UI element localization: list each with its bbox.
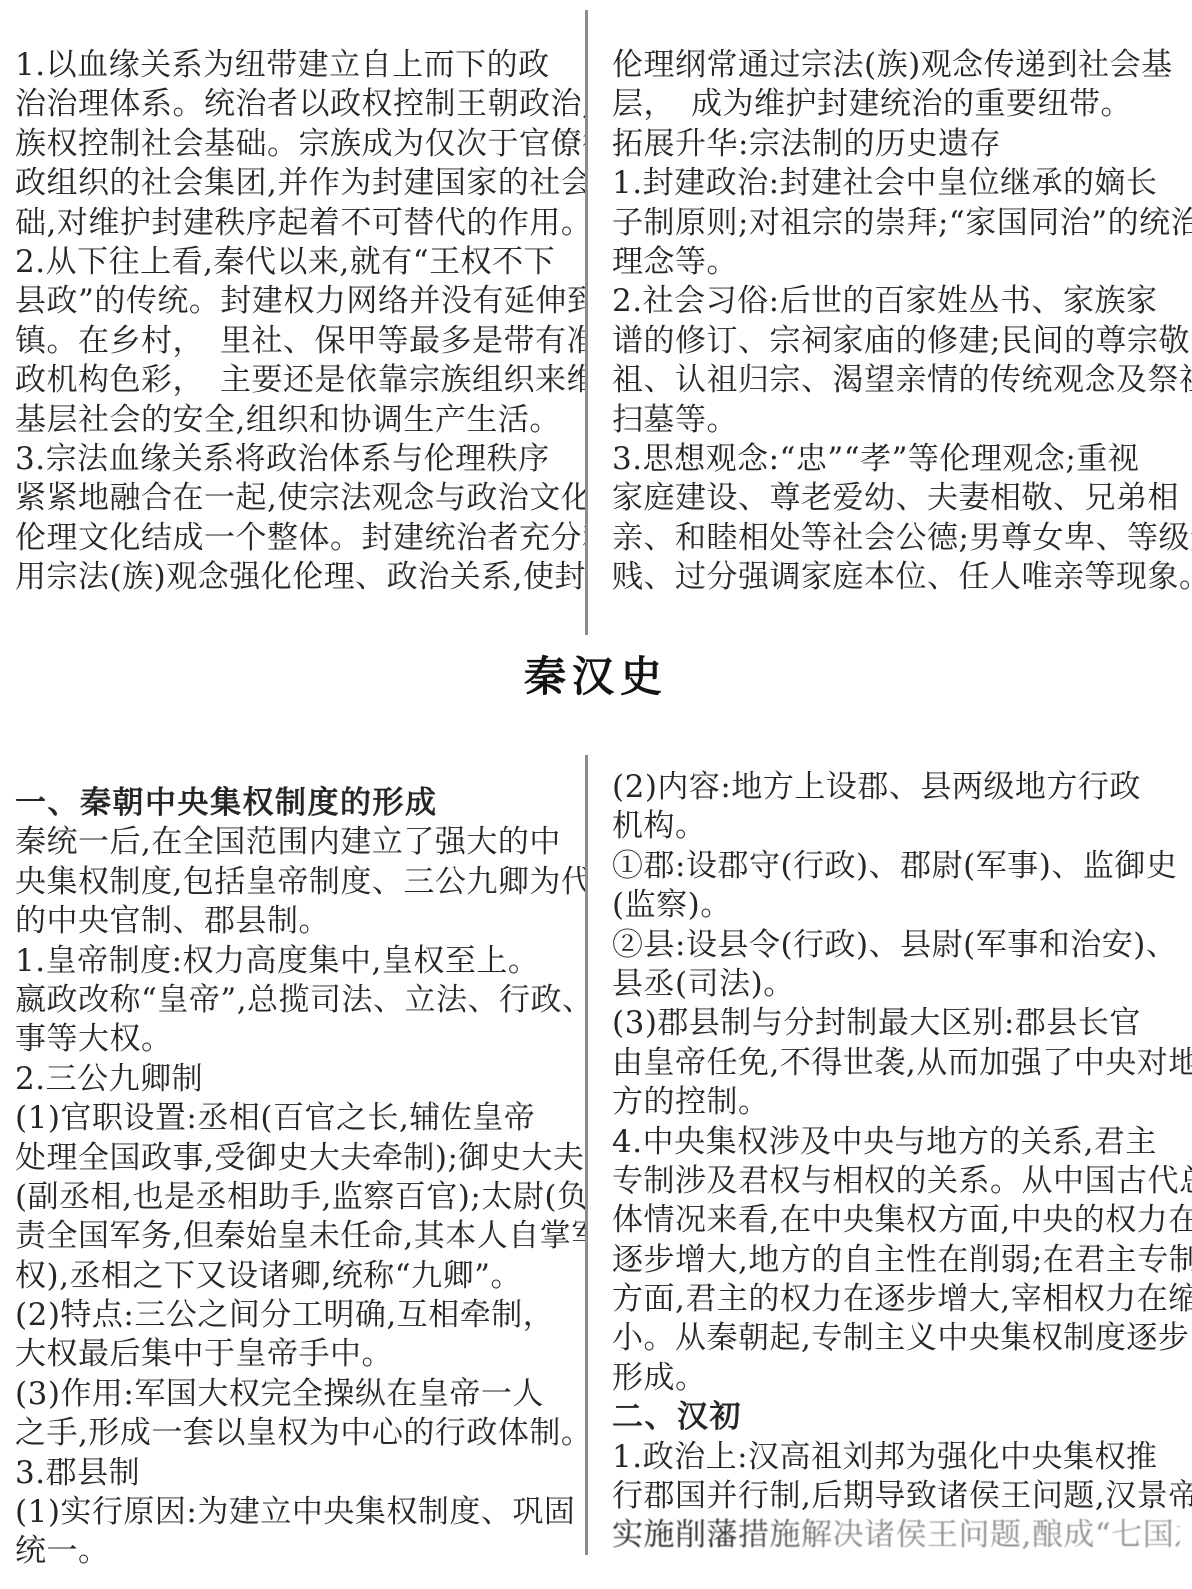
- text-line: 县政”的传统。封建权力网络并没有延伸到乡: [15, 282, 575, 321]
- page-title: 秦汉史: [0, 642, 1192, 712]
- text-line: 家庭建设、尊老爱幼、夫妻相敬、兄弟相: [612, 479, 1180, 518]
- text-line: 理念等。: [612, 243, 1180, 282]
- text-line: 权),丞相之下又设诸卿,统称“九卿”。: [15, 1257, 575, 1296]
- text-line: 1.以血缘关系为纽带建立自上而下的政: [15, 46, 575, 85]
- text-line: 统一。: [15, 1532, 575, 1571]
- text-line: 小。从秦朝起,专制主义中央集权制度逐步: [612, 1319, 1180, 1358]
- text-line: 2.社会习俗:后世的百家姓丛书、家族家: [612, 282, 1180, 321]
- bottom-right-column: (2)内容:地方上设郡、县两级地方行政机构。①郡:设郡守(行政)、郡尉(军事)、…: [588, 712, 1192, 1589]
- text-line: (1)官职设置:丞相(百官之长,辅佐皇帝: [15, 1099, 575, 1138]
- section-patriarchal-clan-notes: 1.以血缘关系为纽带建立自上而下的政治治理体系。统治者以政权控制王朝政治,以族权…: [0, 0, 1192, 642]
- text-line: 央集权制度,包括皇帝制度、三公九卿为代表: [15, 863, 575, 902]
- text-line: 事等大权。: [15, 1020, 575, 1059]
- text-line: 实施削藩措施解决诸侯王问题,酿成“七国之: [612, 1516, 1180, 1555]
- text-line: 专制涉及君权与相权的关系。从中国古代总: [612, 1162, 1180, 1201]
- text-line: 用宗法(族)观念强化伦理、政治关系,使封建: [15, 558, 575, 597]
- text-line: 2.三公九卿制: [15, 1060, 575, 1099]
- text-line: 体情况来看,在中央集权方面,中央的权力在: [612, 1201, 1180, 1240]
- text-line: 一、秦朝中央集权制度的形成: [15, 784, 575, 823]
- document-page: 1.以血缘关系为纽带建立自上而下的政治治理体系。统治者以政权控制王朝政治,以族权…: [0, 0, 1192, 1589]
- text-line: (1)实行原因:为建立中央集权制度、巩固: [15, 1493, 575, 1532]
- text-line: 处理全国政事,受御史大夫牵制);御史大夫: [15, 1139, 575, 1178]
- text-line: 1.皇帝制度:权力高度集中,皇权至上。: [15, 942, 575, 981]
- top-left-column: 1.以血缘关系为纽带建立自上而下的政治治理体系。统治者以政权控制王朝政治,以族权…: [0, 0, 585, 642]
- text-line: 3.郡县制: [15, 1454, 575, 1493]
- text-line: 4.中央集权涉及中央与地方的关系,君主: [612, 1123, 1180, 1162]
- text-line: 贱、过分强调家庭本位、任人唯亲等现象。: [612, 558, 1180, 597]
- text-line: 1.封建政治:封建社会中皇位继承的嫡长: [612, 164, 1180, 203]
- text-line: 祖、认祖归宗、渴望亲情的传统观念及祭祖: [612, 361, 1180, 400]
- text-line: 秦统一后,在全国范围内建立了强大的中: [15, 823, 575, 862]
- text-line: (监察)。: [612, 886, 1180, 925]
- text-line: ①郡:设郡守(行政)、郡尉(军事)、监御史: [612, 847, 1180, 886]
- top-right-column: 伦理纲常通过宗法(族)观念传递到社会基层， 成为维护封建统治的重要纽带。拓展升华…: [588, 0, 1192, 642]
- text-line: 由皇帝任免,不得世袭,从而加强了中央对地: [612, 1044, 1180, 1083]
- text-line: 政机构色彩， 主要还是依靠宗族组织来维护: [15, 361, 575, 400]
- text-line: 扫墓等。: [612, 401, 1180, 440]
- text-line: 亲、和睦相处等社会公德;男尊女卑、等级贵: [612, 519, 1180, 558]
- text-line: (副丞相,也是丞相助手,监察百官);太尉(负: [15, 1178, 575, 1217]
- text-line: 方的控制。: [612, 1083, 1180, 1122]
- text-line: 机构。: [612, 807, 1180, 846]
- text-line: 谱的修订、宗祠家庙的修建;民间的尊宗敬: [612, 322, 1180, 361]
- text-line: 二、汉初: [612, 1398, 1180, 1437]
- text-line: 方面,君主的权力在逐步增大,宰相权力在缩: [612, 1280, 1180, 1319]
- text-line: 县丞(司法)。: [612, 965, 1180, 1004]
- text-line: (2)内容:地方上设郡、县两级地方行政: [612, 768, 1180, 807]
- text-line: 础,对维护封建秩序起着不可替代的作用。: [15, 204, 575, 243]
- text-line: 伦理文化结成一个整体。封建统治者充分利: [15, 519, 575, 558]
- bottom-left-column: 一、秦朝中央集权制度的形成秦统一后,在全国范围内建立了强大的中央集权制度,包括皇…: [0, 712, 585, 1589]
- text-line: 之手,形成一套以皇权为中心的行政体制。: [15, 1414, 575, 1453]
- text-line: 拓展升华:宗法制的历史遗存: [612, 125, 1180, 164]
- text-line: 行郡国并行制,后期导致诸侯王问题,汉景帝: [612, 1477, 1180, 1516]
- section-qin-han-notes: 一、秦朝中央集权制度的形成秦统一后,在全国范围内建立了强大的中央集权制度,包括皇…: [0, 712, 1192, 1589]
- text-line: 伦理纲常通过宗法(族)观念传递到社会基: [612, 46, 1180, 85]
- text-line: (3)作用:军国大权完全操纵在皇帝一人: [15, 1375, 575, 1414]
- text-line: 的中央官制、郡县制。: [15, 902, 575, 941]
- text-line: 政组织的社会集团,并作为封建国家的社会基: [15, 164, 575, 203]
- text-line: (2)特点:三公之间分工明确,互相牵制，: [15, 1296, 575, 1335]
- text-line: 紧紧地融合在一起,使宗法观念与政治文化、: [15, 479, 575, 518]
- text-line: 大权最后集中于皇帝手中。: [15, 1335, 575, 1374]
- text-line: 逐步增大,地方的自主性在削弱;在君主专制: [612, 1241, 1180, 1280]
- text-line: 嬴政改称“皇帝”,总揽司法、立法、行政、军: [15, 981, 575, 1020]
- text-line: 族权控制社会基础。宗族成为仅次于官僚行: [15, 125, 575, 164]
- text-line: 形成。: [612, 1359, 1180, 1398]
- text-line: 镇。在乡村， 里社、保甲等最多是带有准行: [15, 322, 575, 361]
- text-line: 层， 成为维护封建统治的重要纽带。: [612, 85, 1180, 124]
- text-line: ②县:设县令(行政)、县尉(军事和治安)、: [612, 926, 1180, 965]
- text-line: 1.政治上:汉高祖刘邦为强化中央集权推: [612, 1438, 1180, 1477]
- text-line: 子制原则;对祖宗的崇拜;“家国同治”的统治: [612, 204, 1180, 243]
- text-line: 治治理体系。统治者以政权控制王朝政治,以: [15, 85, 575, 124]
- text-line: 3.思想观念:“忠”“孝”等伦理观念;重视: [612, 440, 1180, 479]
- text-line: 责全国军务,但秦始皇未任命,其本人自掌军: [15, 1217, 575, 1256]
- text-line: 2.从下往上看,秦代以来,就有“王权不下: [15, 243, 575, 282]
- text-line: (3)郡县制与分封制最大区别:郡县长官: [612, 1004, 1180, 1043]
- text-line: 3.宗法血缘关系将政治体系与伦理秩序: [15, 440, 575, 479]
- text-line: 基层社会的安全,组织和协调生产生活。: [15, 401, 575, 440]
